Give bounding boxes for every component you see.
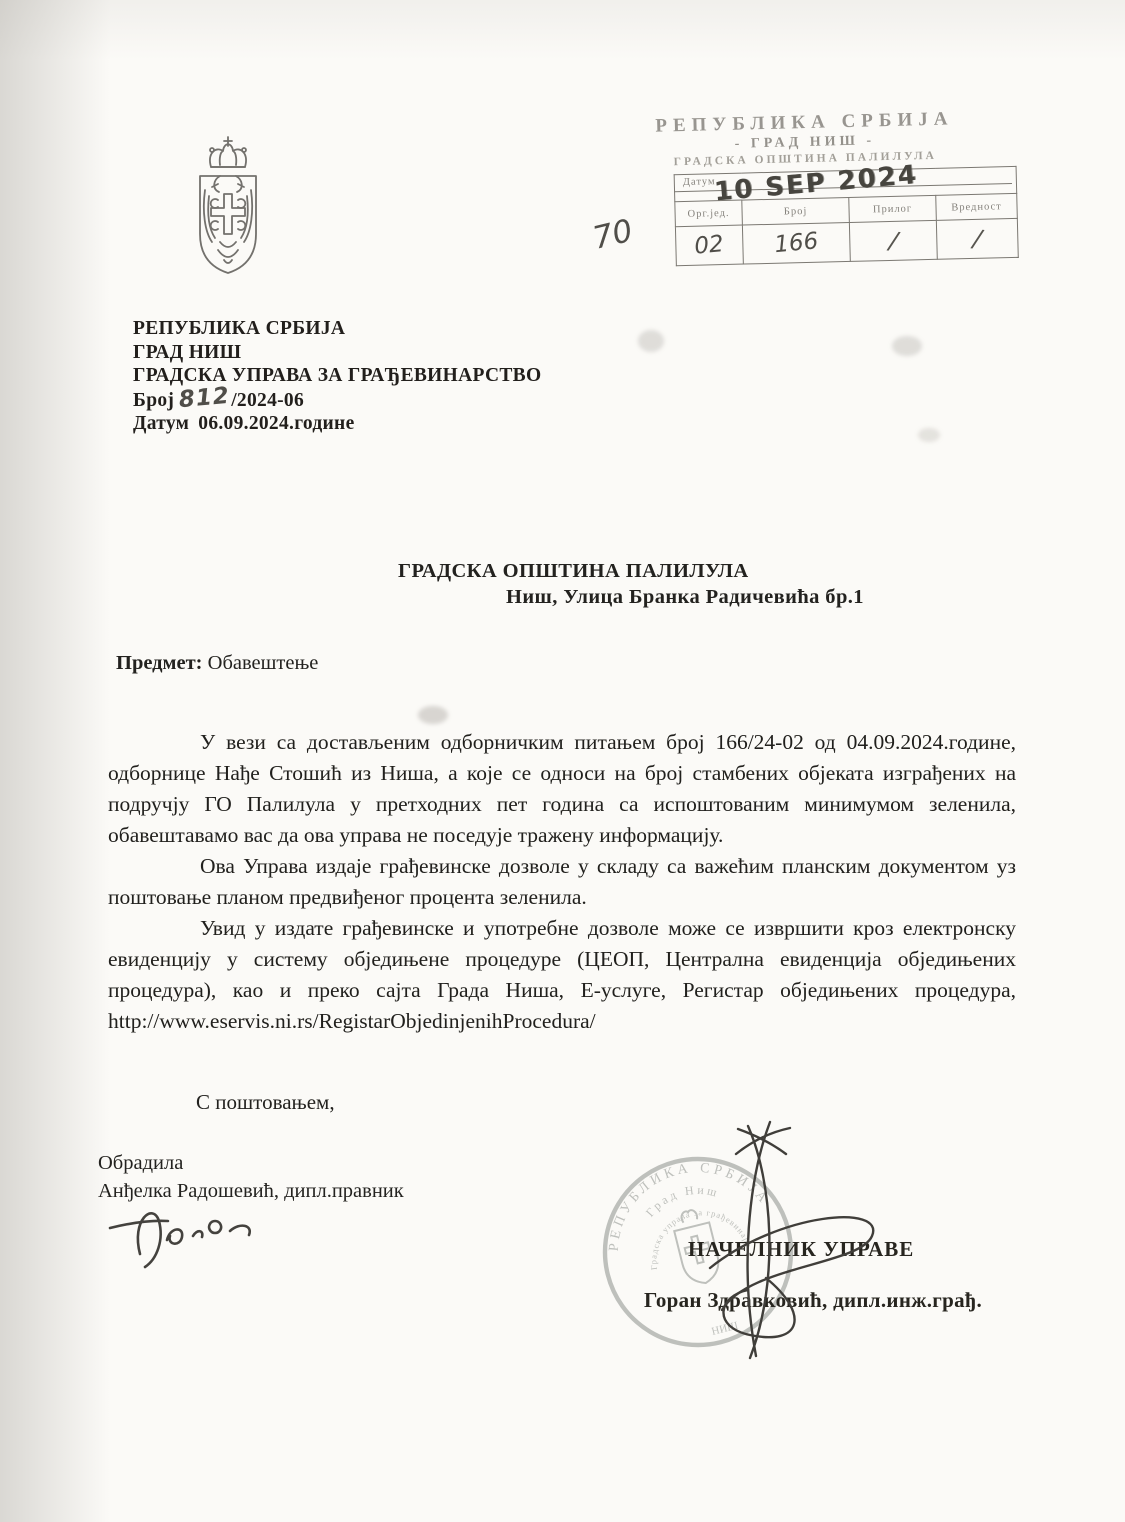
sender-republic: РЕПУБЛИКА СРБИЈА xyxy=(133,317,541,341)
salutation: С поштовањем, xyxy=(196,1090,335,1115)
case-number-label: Број xyxy=(133,390,174,411)
serbia-coat-of-arms-icon xyxy=(178,134,278,296)
sender-case-number-line: Број812/2024-06 xyxy=(133,388,541,413)
received-stamp-number-value: 166 xyxy=(773,228,819,258)
addressee-block: ГРАДСКА ОПШТИНА ПАЛИЛУЛА Ниш, Улица Бран… xyxy=(398,559,864,610)
scan-smudge xyxy=(418,706,448,724)
scan-smudge xyxy=(918,428,940,442)
received-stamp-value-label: Вредност xyxy=(936,193,1018,220)
sender-date-line: Датум06.09.2024.године xyxy=(133,412,541,436)
body-paragraph-2: Ова Управа издаје грађевинске дозволе у … xyxy=(108,851,1016,913)
sender-header: РЕПУБЛИКА СРБИЈА ГРАД НИШ ГРАДСКА УПРАВА… xyxy=(133,317,541,436)
received-stamp-value-value: / xyxy=(972,224,983,253)
scan-edge-shadow xyxy=(0,0,110,1522)
received-stamp-attachment-value: / xyxy=(888,227,899,256)
scan-smudge xyxy=(892,336,922,356)
scan-smudge xyxy=(638,330,664,352)
addressee-address: Ниш, Улица Бранка Радичевића бр.1 xyxy=(506,585,864,611)
subject-value: Обавештење xyxy=(208,652,319,674)
received-stamp-org-value: 02 xyxy=(694,231,726,260)
registry-url-text: http://www.eservis.ni.rs/RegistarObjedin… xyxy=(108,1006,1016,1037)
handwritten-number-70: 70 xyxy=(589,213,636,257)
letter-body: У вези са достављеним одборничким питање… xyxy=(108,727,1016,1037)
subject-line: Предмет: Обавештење xyxy=(116,652,318,675)
sender-administration: ГРАДСКА УПРАВА ЗА ГРАЂЕВИНАРСТВО xyxy=(133,364,541,388)
scanned-letter-page: РЕПУБЛИКА СРБИЈА - ГРАД НИШ - ГРАДСКА ОП… xyxy=(0,0,1125,1522)
scan-top-shadow xyxy=(0,0,1125,60)
sender-city: ГРАД НИШ xyxy=(133,341,541,365)
body-paragraph-3: Увид у издате грађевинске и употребне до… xyxy=(108,913,1016,1006)
body-paragraph-1: У вези са достављеним одборничким питање… xyxy=(108,727,1016,851)
received-stamp-attachment-label: Прилог xyxy=(849,195,937,222)
processed-by-label: Обрадила xyxy=(98,1150,404,1178)
date-label: Датум xyxy=(133,413,189,434)
clerk-signature xyxy=(104,1196,304,1276)
received-stamp: РЕПУБЛИКА СРБИЈА - ГРАД НИШ - ГРАДСКА ОП… xyxy=(586,107,1026,269)
date-value: 06.09.2024.године xyxy=(198,413,354,434)
handwritten-case-number: 812 xyxy=(178,384,231,412)
addressee-name: ГРАДСКА ОПШТИНА ПАЛИЛУЛА xyxy=(398,559,864,585)
subject-label: Предмет: xyxy=(116,652,203,674)
chief-signature xyxy=(652,1118,912,1363)
case-number-rest: /2024-06 xyxy=(231,390,304,411)
